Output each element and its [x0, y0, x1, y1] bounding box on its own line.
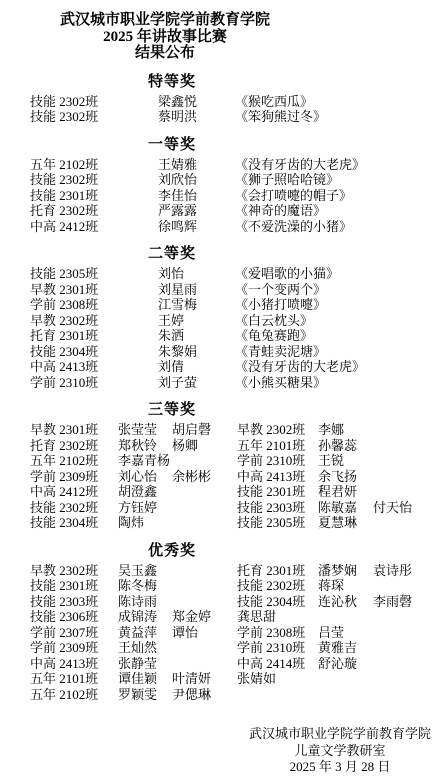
right-class-cell: 技能 2301班	[237, 484, 318, 500]
class-cell: 五年 2102班	[30, 157, 158, 173]
class-cell: 技能 2302班	[30, 109, 158, 125]
right-name-2	[373, 687, 448, 703]
award-row: 早教 2302班王婷《白云枕头》	[0, 313, 448, 329]
left-name-1: 黄益萍	[118, 625, 172, 641]
story-title: 《会打喷嚏的帽子》	[235, 188, 448, 204]
right-class-cell: 托育 2301班	[237, 563, 318, 579]
student-name: 刘星雨	[158, 282, 235, 298]
left-name-2	[172, 578, 237, 594]
section-header: 特等奖	[0, 74, 344, 90]
right-name-2	[373, 640, 448, 656]
student-name: 朱洒	[158, 328, 235, 344]
student-name: 严露露	[158, 203, 235, 219]
left-class-cell: 技能 2306班	[30, 609, 118, 625]
story-title: 《神奇的魔语》	[235, 203, 448, 219]
right-class-cell: 学前 2308班	[237, 625, 318, 641]
right-class-cell: 中高 2414班	[237, 656, 318, 672]
left-name-1: 刘心怡	[118, 469, 172, 485]
award-row: 学前 2309班刘心怡余彬彬中高 2413班余飞扬	[0, 469, 448, 485]
right-name-1	[318, 671, 373, 687]
left-name-2: 叶清妍	[172, 671, 237, 687]
left-name-2: 胡启磬	[172, 422, 237, 438]
award-row: 技能 2304班陶炜技能 2305班夏慧琳	[0, 515, 448, 531]
class-cell: 中高 2412班	[30, 219, 158, 235]
class-cell: 技能 2305班	[30, 266, 158, 282]
right-class-cell: 技能 2305班	[237, 515, 318, 531]
right-name-2	[373, 515, 448, 531]
left-name-2	[172, 453, 237, 469]
right-class-cell: 技能 2304班	[237, 594, 318, 610]
award-row: 技能 2302班梁鑫悦《猴吃西瓜》	[0, 94, 448, 110]
right-name-2	[373, 578, 448, 594]
student-name: 王婷	[158, 313, 235, 329]
right-name-2: 袁诗彤	[373, 563, 448, 579]
award-row: 中高 2412班徐鸣辉《不爱洗澡的小猪》	[0, 219, 448, 235]
award-row: 技能 2301班陈冬梅技能 2302班蒋琛	[0, 578, 448, 594]
results-document: 武汉城市职业学院学前教育学院 2025 年讲故事比赛 结果公布 特等奖技能 23…	[0, 0, 448, 780]
class-cell: 中高 2413班	[30, 359, 158, 375]
student-name: 刘子萤	[158, 375, 235, 391]
left-name-1: 王灿然	[118, 640, 172, 656]
section-header: 二等奖	[0, 246, 344, 262]
student-name: 梁鑫悦	[158, 94, 235, 110]
left-name-1: 陈冬梅	[118, 578, 172, 594]
award-row: 技能 2301班李佳怡《会打喷嚏的帽子》	[0, 188, 448, 204]
section-header: 一等奖	[0, 137, 344, 153]
right-class-cell: 技能 2302班	[237, 578, 318, 594]
footer-department: 儿童文学教研室	[245, 743, 435, 760]
class-cell: 托育 2302班	[30, 203, 158, 219]
right-name-2	[373, 609, 448, 625]
right-class-cell: 龚思甜	[237, 609, 318, 625]
left-name-1: 吴玉鑫	[118, 563, 172, 579]
story-title: 《笨狗熊过冬》	[235, 109, 448, 125]
left-class-cell: 学前 2309班	[30, 640, 118, 656]
document-title-block: 武汉城市职业学院学前教育学院 2025 年讲故事比赛 结果公布	[0, 12, 330, 62]
footer-date: 2025 年 3 月 28 日	[245, 759, 435, 776]
student-name: 李佳怡	[158, 188, 235, 204]
title-institution: 武汉城市职业学院学前教育学院	[0, 12, 330, 29]
right-name-2: 付天怡	[373, 500, 448, 516]
class-cell: 托育 2301班	[30, 328, 158, 344]
award-row: 五年 2101班谭佳颖叶清妍张婧如	[0, 671, 448, 687]
class-cell: 学前 2308班	[30, 297, 158, 313]
left-class-cell: 技能 2304班	[30, 515, 118, 531]
right-class-cell: 技能 2303班	[237, 500, 318, 516]
right-class-cell: 学前 2310班	[237, 640, 318, 656]
class-cell: 技能 2302班	[30, 172, 158, 188]
right-name-2	[373, 469, 448, 485]
award-row: 早教 2301班刘星雨《一个变两个》	[0, 282, 448, 298]
student-name: 王婧雅	[158, 157, 235, 173]
right-name-2	[373, 656, 448, 672]
right-name-2: 李雨磬	[373, 594, 448, 610]
left-class-cell: 中高 2413班	[30, 656, 118, 672]
right-class-cell: 张婧如	[237, 671, 318, 687]
right-name-2	[373, 453, 448, 469]
left-class-cell: 技能 2301班	[30, 578, 118, 594]
right-name-1: 夏慧琳	[318, 515, 373, 531]
award-row: 学前 2307班黄益萍谭怡学前 2308班吕莹	[0, 625, 448, 641]
class-cell: 早教 2302班	[30, 313, 158, 329]
left-name-1: 罗颖雯	[118, 687, 172, 703]
left-class-cell: 五年 2101班	[30, 671, 118, 687]
award-row: 中高 2413班张静莹中高 2414班舒沁璇	[0, 656, 448, 672]
left-name-1: 方钰婷	[118, 500, 172, 516]
award-row: 技能 2302班方钰婷技能 2303班陈敏嘉付天怡	[0, 500, 448, 516]
left-name-2: 余彬彬	[172, 469, 237, 485]
award-sections: 特等奖技能 2302班梁鑫悦《猴吃西瓜》技能 2302班蔡明洪《笨狗熊过冬》一等…	[0, 74, 448, 703]
story-title: 《龟兔赛跑》	[235, 328, 448, 344]
right-name-2	[373, 422, 448, 438]
title-event: 2025 年讲故事比赛	[0, 29, 330, 46]
award-row: 早教 2301班张莹莹胡启磬早教 2302班李娜	[0, 422, 448, 438]
story-title: 《青蛙卖泥塘》	[235, 344, 448, 360]
left-class-cell: 学前 2309班	[30, 469, 118, 485]
left-class-cell: 早教 2302班	[30, 563, 118, 579]
left-name-2	[172, 500, 237, 516]
award-row: 中高 2412班胡澄鑫技能 2301班程君妍	[0, 484, 448, 500]
left-name-2	[172, 640, 237, 656]
student-name: 蔡明洪	[158, 109, 235, 125]
story-title: 《小猪打喷嚏》	[235, 297, 448, 313]
class-cell: 学前 2310班	[30, 375, 158, 391]
right-name-1	[318, 609, 373, 625]
right-name-1: 潘梦娴	[318, 563, 373, 579]
left-name-2	[172, 594, 237, 610]
award-row: 托育 2301班朱洒《龟兔赛跑》	[0, 328, 448, 344]
story-title: 《小熊买糖果》	[235, 375, 448, 391]
left-name-2	[172, 563, 237, 579]
right-name-1: 黄雅吉	[318, 640, 373, 656]
class-cell: 技能 2302班	[30, 94, 158, 110]
title-results-label: 结果公布	[0, 45, 330, 62]
left-name-1: 郑秋铃	[118, 438, 172, 454]
story-title: 《一个变两个》	[235, 282, 448, 298]
left-name-1: 张莹莹	[118, 422, 172, 438]
left-name-1: 谭佳颖	[118, 671, 172, 687]
right-class-cell: 中高 2413班	[237, 469, 318, 485]
story-title: 《爱唱歌的小猫》	[235, 266, 448, 282]
story-title: 《没有牙齿的大老虎》	[235, 359, 448, 375]
student-name: 朱黎娟	[158, 344, 235, 360]
left-name-2: 郑金婷	[172, 609, 237, 625]
left-name-1: 胡澄鑫	[118, 484, 172, 500]
left-name-1: 李嘉青杨	[118, 453, 172, 469]
left-class-cell: 技能 2303班	[30, 594, 118, 610]
left-class-cell: 五年 2102班	[30, 687, 118, 703]
right-class-cell	[237, 687, 318, 703]
class-cell: 早教 2301班	[30, 282, 158, 298]
student-name: 刘欣怡	[158, 172, 235, 188]
right-name-1: 程君妍	[318, 484, 373, 500]
award-row: 技能 2306班成锦涛郑金婷龚思甜	[0, 609, 448, 625]
right-name-1: 孙馨蕊	[318, 438, 373, 454]
left-class-cell: 托育 2302班	[30, 438, 118, 454]
right-class-cell: 五年 2101班	[237, 438, 318, 454]
right-name-1: 王锐	[318, 453, 373, 469]
left-name-2	[172, 515, 237, 531]
section-header: 优秀奖	[0, 543, 344, 559]
right-name-1: 李娜	[318, 422, 373, 438]
right-name-2	[373, 438, 448, 454]
award-row: 托育 2302班郑秋铃杨卿五年 2101班孙馨蕊	[0, 438, 448, 454]
left-name-2	[172, 656, 237, 672]
award-row: 技能 2302班蔡明洪《笨狗熊过冬》	[0, 109, 448, 125]
story-title: 《白云枕头》	[235, 313, 448, 329]
left-name-2: 杨卿	[172, 438, 237, 454]
left-class-cell: 五年 2102班	[30, 453, 118, 469]
left-class-cell: 技能 2302班	[30, 500, 118, 516]
right-name-1	[318, 687, 373, 703]
award-row: 五年 2102班李嘉青杨学前 2310班王锐	[0, 453, 448, 469]
story-title: 《不爱洗澡的小猪》	[235, 219, 448, 235]
left-name-2	[172, 484, 237, 500]
award-row: 技能 2304班朱黎娟《青蛙卖泥塘》	[0, 344, 448, 360]
right-name-2	[373, 484, 448, 500]
award-row: 五年 2102班罗颖雯尹偲琳	[0, 687, 448, 703]
story-title: 《没有牙齿的大老虎》	[235, 157, 448, 173]
document-footer: 武汉城市职业学院学前教育学院 儿童文学教研室 2025 年 3 月 28 日	[245, 726, 435, 776]
left-name-2: 谭怡	[172, 625, 237, 641]
right-name-2	[373, 625, 448, 641]
left-name-1: 陶炜	[118, 515, 172, 531]
left-class-cell: 中高 2412班	[30, 484, 118, 500]
left-class-cell: 早教 2301班	[30, 422, 118, 438]
left-class-cell: 学前 2307班	[30, 625, 118, 641]
left-name-2: 尹偲琳	[172, 687, 237, 703]
award-row: 五年 2102班王婧雅《没有牙齿的大老虎》	[0, 157, 448, 173]
award-row: 技能 2303班陈诗雨技能 2304班连沁秋李雨磬	[0, 594, 448, 610]
right-class-cell: 早教 2302班	[237, 422, 318, 438]
award-row: 学前 2309班王灿然学前 2310班黄雅吉	[0, 640, 448, 656]
student-name: 刘怡	[158, 266, 235, 282]
right-name-1: 蒋琛	[318, 578, 373, 594]
right-name-1: 余飞扬	[318, 469, 373, 485]
student-name: 徐鸣辉	[158, 219, 235, 235]
student-name: 刘倩	[158, 359, 235, 375]
class-cell: 技能 2301班	[30, 188, 158, 204]
right-name-1: 吕莹	[318, 625, 373, 641]
footer-organization: 武汉城市职业学院学前教育学院	[245, 726, 435, 743]
award-row: 托育 2302班严露露《神奇的魔语》	[0, 203, 448, 219]
right-name-1: 连沁秋	[318, 594, 373, 610]
story-title: 《狮子照哈哈镜》	[235, 172, 448, 188]
award-row: 技能 2302班刘欣怡《狮子照哈哈镜》	[0, 172, 448, 188]
section-header: 三等奖	[0, 402, 344, 418]
award-row: 学前 2310班刘子萤《小熊买糖果》	[0, 375, 448, 391]
award-row: 学前 2308班江雪梅《小猪打喷嚏》	[0, 297, 448, 313]
right-name-2	[373, 671, 448, 687]
right-class-cell: 学前 2310班	[237, 453, 318, 469]
right-name-1: 陈敏嘉	[318, 500, 373, 516]
award-row: 中高 2413班刘倩《没有牙齿的大老虎》	[0, 359, 448, 375]
right-name-1: 舒沁璇	[318, 656, 373, 672]
left-name-1: 陈诗雨	[118, 594, 172, 610]
award-row: 技能 2305班刘怡《爱唱歌的小猫》	[0, 266, 448, 282]
class-cell: 技能 2304班	[30, 344, 158, 360]
award-row: 早教 2302班吴玉鑫托育 2301班潘梦娴袁诗彤	[0, 563, 448, 579]
student-name: 江雪梅	[158, 297, 235, 313]
story-title: 《猴吃西瓜》	[235, 94, 448, 110]
left-name-1: 成锦涛	[118, 609, 172, 625]
left-name-1: 张静莹	[118, 656, 172, 672]
